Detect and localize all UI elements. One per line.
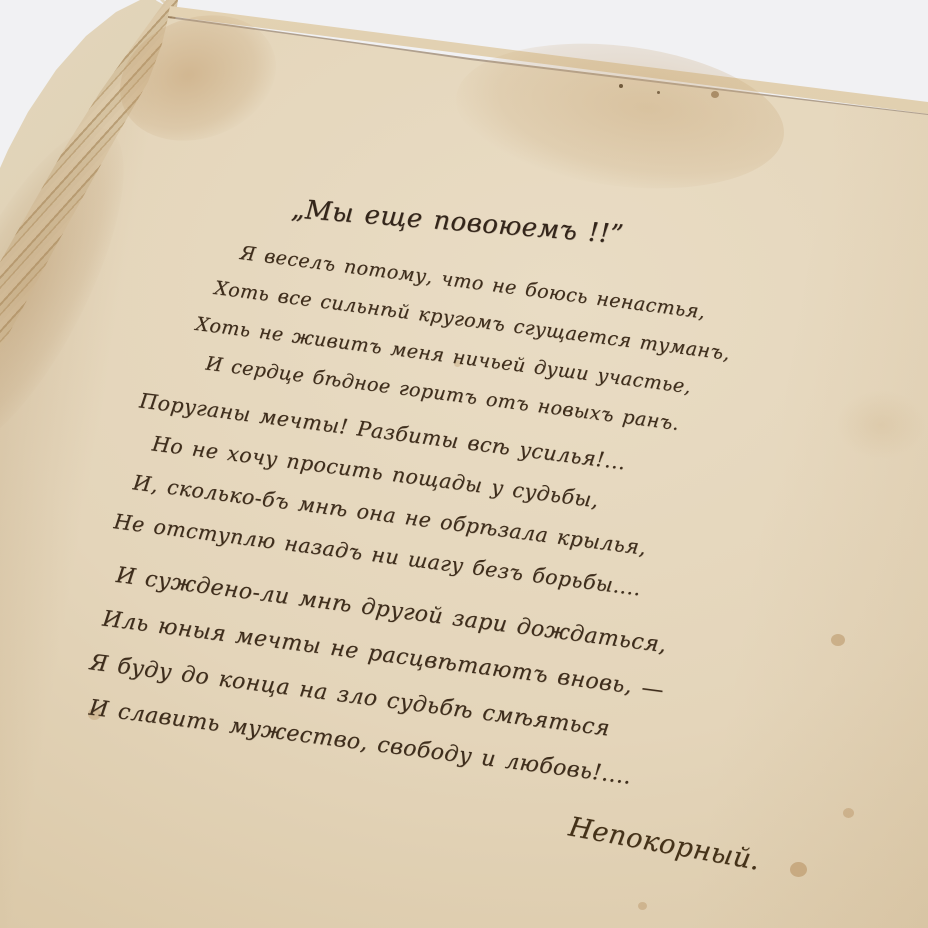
photo-of-manuscript: „Мы еще повоюемъ !!” Я веселъ потому, чт… — [0, 0, 928, 928]
foxing-spot — [638, 902, 647, 910]
ink-speck — [657, 91, 660, 94]
ink-speck — [619, 84, 623, 88]
foxing-spot — [711, 91, 719, 98]
handwritten-poem: „Мы еще повоюемъ !!” Я веселъ потому, чт… — [0, 156, 928, 884]
